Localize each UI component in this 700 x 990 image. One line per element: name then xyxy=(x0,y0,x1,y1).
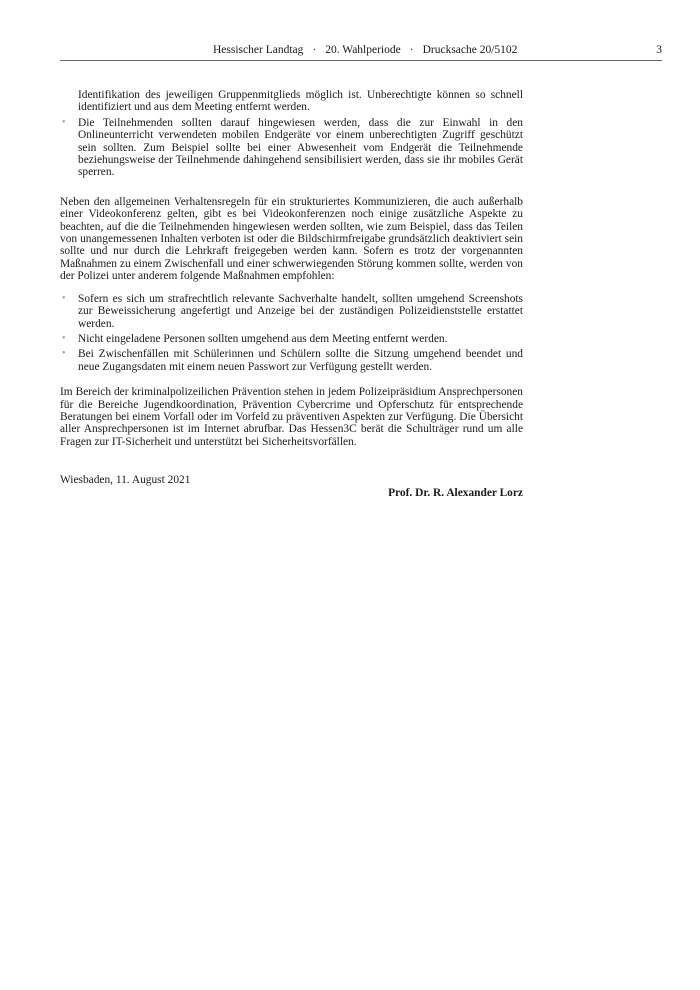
signature-block: Wiesbaden, 11. August 2021 Prof. Dr. R. … xyxy=(60,474,523,502)
list-item-text: Nicht eingeladene Personen sollten umgeh… xyxy=(78,333,447,345)
paragraph: Neben den allgemeinen Verhaltensregeln f… xyxy=(60,196,523,283)
list-item: • Nicht eingeladene Personen sollten umg… xyxy=(60,333,523,345)
paragraph: Im Bereich der kriminalpolizeilichen Prä… xyxy=(60,386,523,448)
document-number: Drucksache 20/5102 xyxy=(423,44,518,56)
bullet-list-1: • Die Teilnehmenden sollten darauf hinge… xyxy=(60,117,523,179)
bullet-icon: • xyxy=(62,293,66,305)
signatory-name: Prof. Dr. R. Alexander Lorz xyxy=(388,487,523,499)
separator-dot: · xyxy=(410,44,414,56)
bullet-list-2: • Sofern es sich um strafrechtlich relev… xyxy=(60,293,523,373)
list-item-text: Bei Zwischenfällen mit Schülerinnen und … xyxy=(78,348,523,372)
legislative-period: 20. Wahlperiode xyxy=(325,44,401,56)
list-item: • Die Teilnehmenden sollten darauf hinge… xyxy=(60,117,523,179)
document-body: Identifikation des jeweiligen Gruppenmit… xyxy=(60,89,523,502)
document-page: Hessischer Landtag·20. Wahlperiode·Druck… xyxy=(0,0,700,990)
continued-bullet-text: Identifikation des jeweiligen Gruppenmit… xyxy=(60,89,523,114)
list-item: • Bei Zwischenfällen mit Schülerinnen un… xyxy=(60,348,523,373)
list-item: • Sofern es sich um strafrechtlich relev… xyxy=(60,293,523,330)
place-date: Wiesbaden, 11. August 2021 xyxy=(60,474,190,486)
page-header: Hessischer Landtag·20. Wahlperiode·Druck… xyxy=(60,44,662,61)
bullet-icon: • xyxy=(62,117,66,129)
page-number: 3 xyxy=(656,44,662,56)
list-item-text: Die Teilnehmenden sollten darauf hingewi… xyxy=(78,117,523,179)
list-item-text: Sofern es sich um strafrechtlich relevan… xyxy=(78,293,523,330)
bullet-icon: • xyxy=(62,333,66,345)
header-info: Hessischer Landtag·20. Wahlperiode·Druck… xyxy=(213,44,517,56)
parliament-name: Hessischer Landtag xyxy=(213,44,303,56)
bullet-icon: • xyxy=(62,348,66,360)
separator-dot: · xyxy=(312,44,316,56)
